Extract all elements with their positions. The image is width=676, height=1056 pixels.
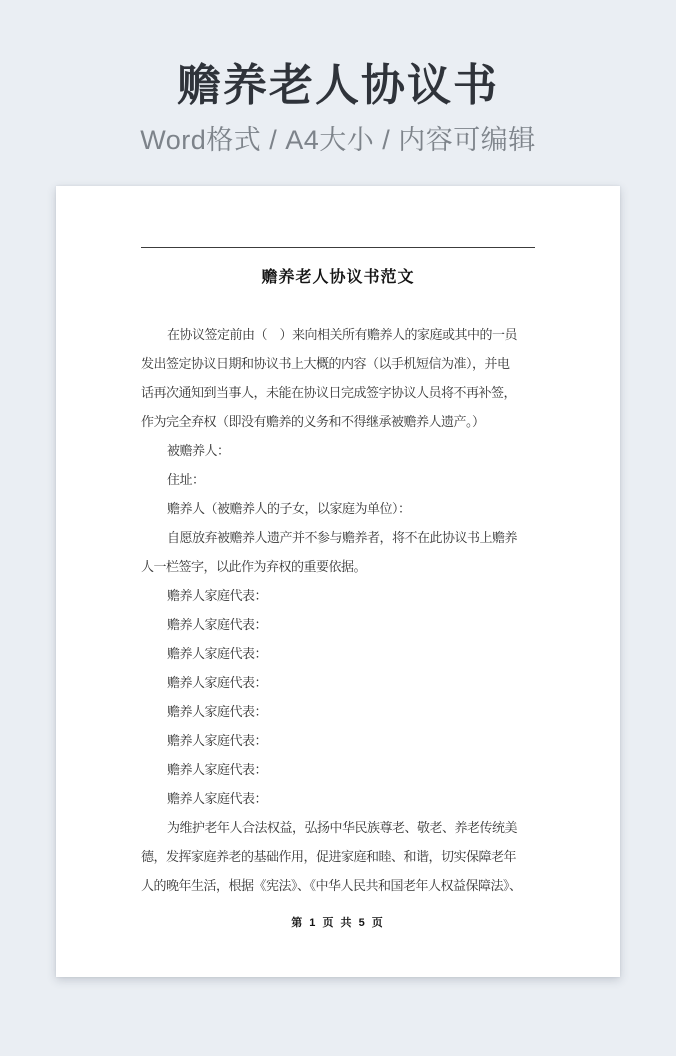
page-subtitle: Word格式 / A4大小 / 内容可编辑 (0, 126, 676, 154)
doc-line: 赡养人家庭代表： (141, 784, 535, 813)
doc-line: 被赡养人： (141, 436, 535, 465)
doc-line: 住址： (141, 465, 535, 494)
doc-line: 赡养人家庭代表： (141, 755, 535, 784)
doc-line: 赡养人家庭代表： (141, 726, 535, 755)
doc-line: 人的晚年生活，根据《宪法》、《中华人民共和国老年人权益保障法》、 (141, 871, 535, 900)
doc-line: 德，发挥家庭养老的基础作用，促进家庭和睦、和谐，切实保障老年 (141, 842, 535, 871)
doc-line: 自愿放弃被赡养人遗产并不参与赡养者，将不在此协议书上赡养 (141, 523, 535, 552)
doc-line: 赡养人家庭代表： (141, 668, 535, 697)
document-body: 在协议签定前由（ ）来向相关所有赡养人的家庭或其中的一员发出签定协议日期和协议书… (141, 320, 535, 900)
doc-line: 发出签定协议日期和协议书上大概的内容（以手机短信为准），并电 (141, 349, 535, 378)
doc-line: 赡养人（被赡养人的子女，以家庭为单位）： (141, 494, 535, 523)
doc-line: 话再次通知到当事人，未能在协议日完成签字协议人员将不再补签， (141, 378, 535, 407)
doc-line: 赡养人家庭代表： (141, 639, 535, 668)
doc-line: 赡养人家庭代表： (141, 697, 535, 726)
doc-line: 在协议签定前由（ ）来向相关所有赡养人的家庭或其中的一员 (141, 320, 535, 349)
doc-line: 赡养人家庭代表： (141, 610, 535, 639)
page-number: 第 1 页 共 5 页 (56, 914, 620, 930)
document-top-rule (141, 247, 535, 248)
doc-line: 赡养人家庭代表： (141, 581, 535, 610)
hero-header: 赡养老人协议书 Word格式 / A4大小 / 内容可编辑 (0, 0, 676, 154)
page-title: 赡养老人协议书 (0, 62, 676, 110)
document-page: 赡养老人协议书范文 在协议签定前由（ ）来向相关所有赡养人的家庭或其中的一员发出… (56, 186, 620, 977)
doc-line: 人一栏签字，以此作为弃权的重要依据。 (141, 552, 535, 581)
document-title: 赡养老人协议书范文 (56, 267, 620, 289)
doc-line: 作为完全弃权（即没有赡养的义务和不得继承被赡养人遗产。） (141, 407, 535, 436)
template-preview-canvas: 赡养老人协议书 Word格式 / A4大小 / 内容可编辑 赡养老人协议书范文 … (0, 0, 676, 1056)
doc-line: 为维护老年人合法权益，弘扬中华民族尊老、敬老、养老传统美 (141, 813, 535, 842)
